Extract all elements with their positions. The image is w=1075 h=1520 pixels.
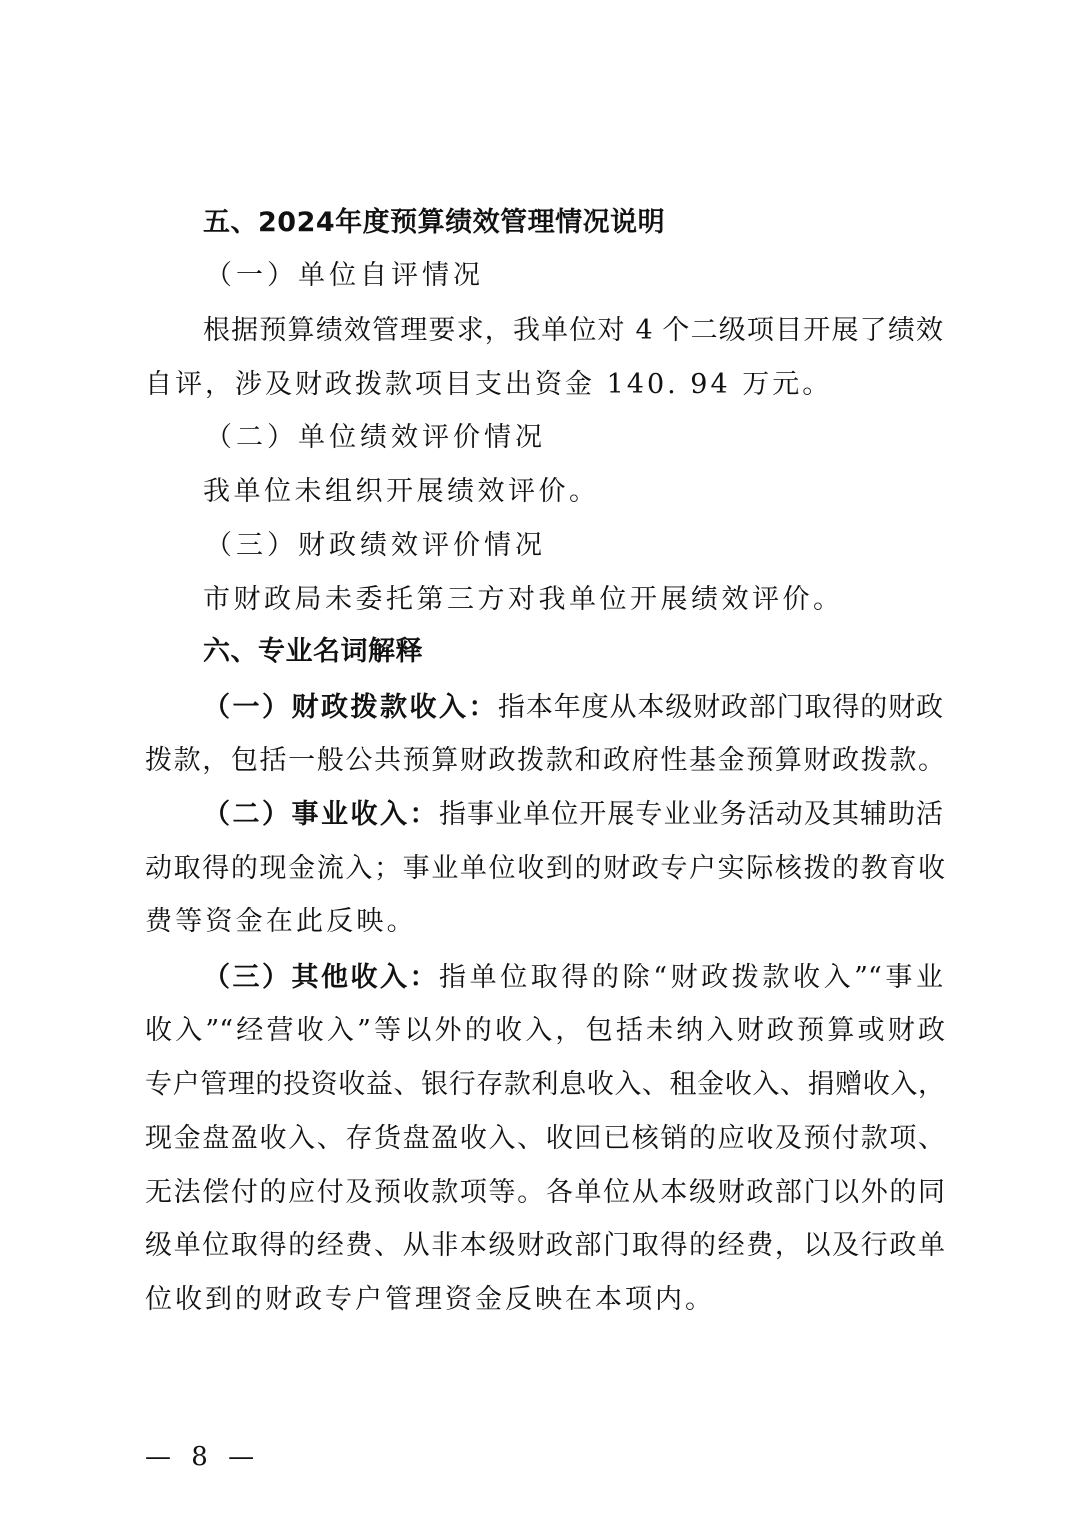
section-5-3-heading: （三）财政绩效评价情况 [205,528,1005,564]
section-5-1-heading: （一）单位自评情况 [205,258,1005,294]
term-3-text-line-6: 级单位取得的经费、从非本级财政部门取得的经费，以及行政单 [145,1228,945,1264]
term-3-line-1: （三）其他收入： 指单位取得的除“财政拨款收入”“事业 [203,960,943,996]
term-3-text-line-2: 收入”“经营收入”等以外的收入，包括未纳入财政预算或财政 [145,1013,945,1049]
term-2-line-1: （二）事业收入： 指事业单位开展专业业务活动及其辅助活 [203,797,943,833]
page-number: — 8 — [145,1442,260,1472]
term-2-text-line-1: 指事业单位开展专业业务活动及其辅助活 [439,797,943,833]
term-3-text-line-3: 专户管理的投资收益、银行存款利息收入、租金收入、捐赠收入， [145,1067,945,1103]
section-5-3-paragraph: 市财政局未委托第三方对我单位开展绩效评价。 [203,582,1003,618]
section-5-1-paragraph-line-2: 自评，涉及财政拨款项目支出资金 140. 94 万元。 [145,367,945,403]
term-3-text-line-5: 无法偿付的应付及预收款项等。各单位从本级财政部门以外的同 [145,1175,945,1211]
term-3-label: （三）其他收入： [203,960,439,996]
section-5-heading: 五、2024年度预算绩效管理情况说明 [203,205,1003,241]
term-1-text-line-2: 拨款，包括一般公共预算财政拨款和政府性基金预算财政拨款。 [145,743,945,779]
term-2-text-line-2: 动取得的现金流入；事业单位收到的财政专户实际核拨的教育收 [145,851,945,887]
term-3-text-line-7: 位收到的财政专户管理资金反映在本项内。 [145,1282,945,1318]
section-5-2-heading: （二）单位绩效评价情况 [205,420,1005,456]
term-2-text-line-3: 费等资金在此反映。 [145,904,945,940]
section-5-2-paragraph: 我单位未组织开展绩效评价。 [203,474,1003,510]
term-1-text-line-1: 指本年度从本级财政部门取得的财政 [498,690,943,726]
term-2-label: （二）事业收入： [203,797,439,833]
term-1-label: （一）财政拨款收入： [203,690,498,726]
term-3-text-line-1: 指单位取得的除“财政拨款收入”“事业 [439,960,943,996]
section-5-1-paragraph-line-1: 根据预算绩效管理要求，我单位对 4 个二级项目开展了绩效 [203,313,943,349]
section-6-heading: 六、专业名词解释 [203,634,1003,670]
term-3-text-line-4: 现金盘盈收入、存货盘盈收入、收回已核销的应收及预付款项、 [145,1121,945,1157]
term-1-line-1: （一）财政拨款收入： 指本年度从本级财政部门取得的财政 [203,690,943,726]
document-page: 五、2024年度预算绩效管理情况说明 （一）单位自评情况 根据预算绩效管理要求，… [0,0,1075,1520]
